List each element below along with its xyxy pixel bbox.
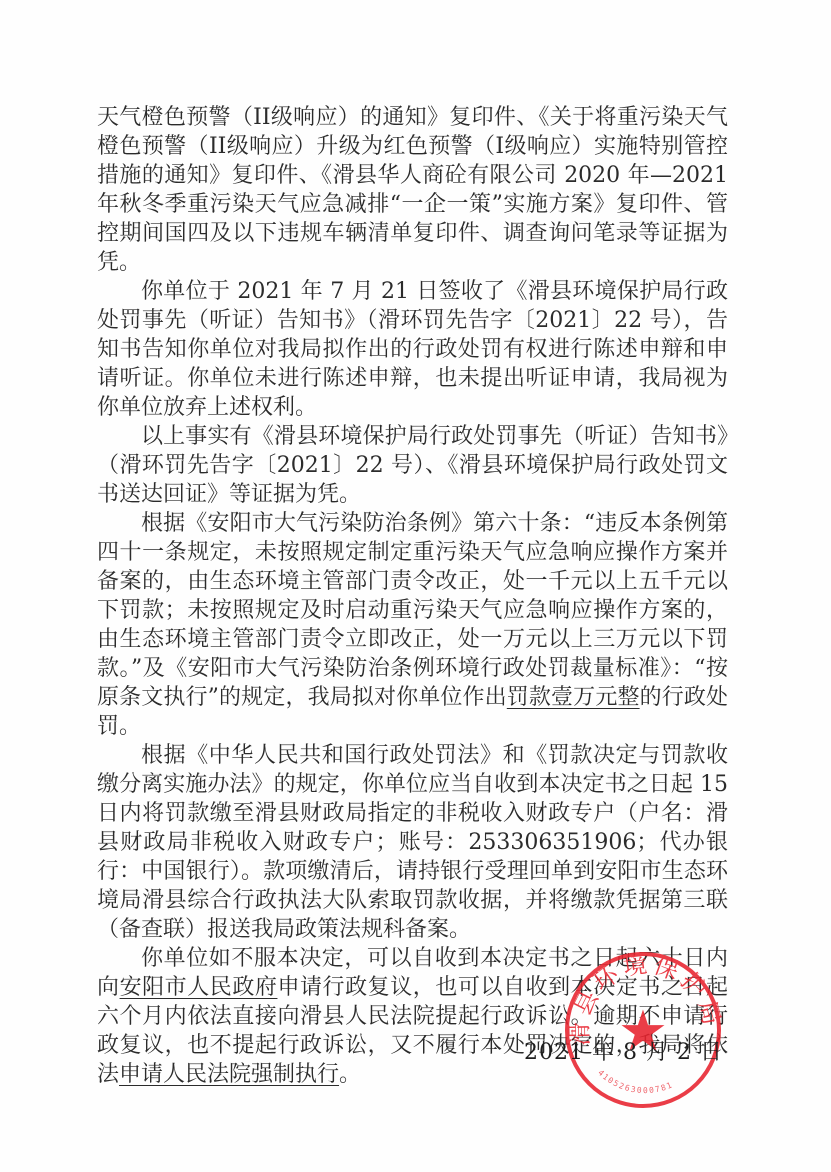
paragraph-text: 根据《安阳市大气污染防治条例》第六十条：“违反本条例第四十一条规定，未按照规定制… — [97, 511, 728, 710]
penalty-amount: 罚款壹万元整 — [507, 685, 640, 710]
document-page: 天气橙色预警（II级响应）的通知》复印件、《关于将重污染天气橙色预警（II级响应… — [0, 0, 831, 1172]
paragraph-legal-basis: 根据《安阳市大气污染防治条例》第六十条：“违反本条例第四十一条规定，未按照规定制… — [97, 509, 728, 741]
paragraph-text: 以上事实有《滑县环境保护局行政处罚事先（听证）告知书》（滑环罚先告字〔2021〕… — [97, 424, 728, 507]
document-body: 天气橙色预警（II级响应）的通知》复印件、《关于将重污染天气橙色预警（II级响应… — [97, 103, 728, 1089]
paragraph-text: 你单位于 2021 年 7 月 21 日签收了《滑县环境保护局行政处罚事先（听证… — [97, 279, 728, 420]
paragraph-text: 根据《中华人民共和国行政处罚法》和《罚款决定与罚款收缴分离实施办法》的规定，你单… — [97, 743, 728, 942]
paragraph-payment-instructions: 根据《中华人民共和国行政处罚法》和《罚款决定与罚款收缴分离实施办法》的规定，你单… — [97, 741, 728, 944]
review-authority: 安阳市人民政府 — [120, 975, 278, 1000]
paragraph-hearing-notice: 你单位于 2021 年 7 月 21 日签收了《滑县环境保护局行政处罚事先（听证… — [97, 277, 728, 422]
official-seal-icon: 滑县环境保护局 ★ 4105263000781 — [563, 950, 723, 1110]
paragraph-facts-evidence: 以上事实有《滑县环境保护局行政处罚事先（听证）告知书》（滑环罚先告字〔2021〕… — [97, 422, 728, 509]
enforcement-clause: 申请人民法院强制执行 — [119, 1062, 339, 1087]
paragraph-evidence-list: 天气橙色预警（II级响应）的通知》复印件、《关于将重污染天气橙色预警（II级响应… — [97, 103, 728, 277]
paragraph-text: 天气橙色预警（II级响应）的通知》复印件、《关于将重污染天气橙色预警（II级响应… — [97, 105, 728, 275]
paragraph-text: 。 — [339, 1062, 361, 1087]
signature-date: 2021 年 8 月 2 日 — [524, 1038, 723, 1067]
svg-text:4105263000781: 4105263000781 — [596, 1068, 674, 1095]
